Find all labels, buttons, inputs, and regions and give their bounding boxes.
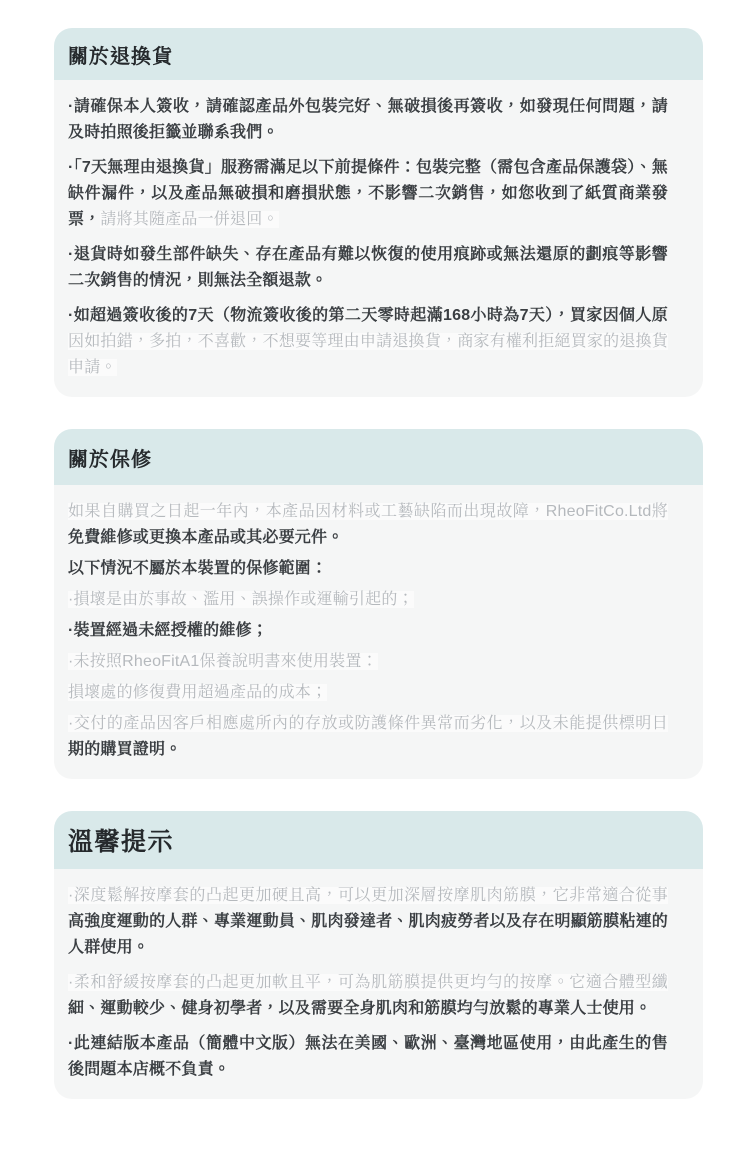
text-segment: 請將其隨產品一併退回。 bbox=[100, 211, 278, 228]
paragraph: ·深度鬆解按摩套的凸起更加硬且高，可以更加深層按摩肌肉筋膜，它非常適合從事高強度… bbox=[68, 883, 668, 961]
paragraph: ·損壞是由於事故、濫用、誤操作或運輸引起的； bbox=[68, 587, 668, 613]
warranty-section: 關於保修 如果自購買之日起一年內，本產品因材料或工藝缺陷而出現故障，RheoFi… bbox=[54, 429, 703, 779]
paragraph: ·交付的產品因客戶相應處所內的存放或防護條件異常而劣化，以及未能提供標明日期的購… bbox=[68, 711, 668, 763]
text-segment: 期的購買證明。 bbox=[68, 741, 181, 758]
returns-section: 關於退換貨 ·請確保本人簽收，請確認產品外包裝完好、無破損後再簽收，如發現任何問… bbox=[54, 28, 703, 397]
text-segment: ·損壞是由於事故、濫用、誤操作或運輸引起的； bbox=[68, 591, 414, 608]
paragraph: ·如超過簽收後的7天（物流簽收後的第二天零時起滿168小時為7天），買家因個人原… bbox=[68, 303, 668, 381]
text-segment: ·如超過簽收後的7天（物流簽收後的第二天零時起滿168小時為7天），買家因個人原 bbox=[68, 307, 668, 324]
tips-section-title: 溫馨提示 bbox=[68, 822, 174, 858]
paragraph: ·未按照RheoFitA1保養說明書來使用裝置： bbox=[68, 649, 668, 675]
text-segment: ·裝置經過未經授權的維修； bbox=[68, 622, 268, 639]
paragraph: ·裝置經過未經授權的維修； bbox=[68, 618, 668, 644]
tips-section-header: 溫馨提示 bbox=[54, 811, 703, 869]
text-segment: ·退貨時如發生部件缺失、存在產品有難以恢復的使用痕跡或無法還原的劃痕等影響二次銷… bbox=[68, 246, 668, 289]
text-segment: 損壞處的修復費用超過產品的成本； bbox=[68, 684, 327, 701]
paragraph: 損壞處的修復費用超過產品的成本； bbox=[68, 680, 668, 706]
warranty-section-title: 關於保修 bbox=[68, 443, 152, 472]
paragraph: 如果自購買之日起一年內，本產品因材料或工藝缺陷而出現故障，RheoFitCo.L… bbox=[68, 499, 668, 551]
paragraph: ·此連結版本產品（簡體中文版）無法在美國、歐洲、臺灣地區使用，由此產生的售後問題… bbox=[68, 1031, 668, 1083]
warranty-section-body: 如果自購買之日起一年內，本產品因材料或工藝缺陷而出現故障，RheoFitCo.L… bbox=[54, 485, 703, 779]
paragraph: ·柔和舒緩按摩套的凸起更加軟且平，可為肌筋膜提供更均勻的按摩。它適合體型纖細、運… bbox=[68, 970, 668, 1022]
text-segment: 如果自購買之日起一年內，本產品因材料或工藝缺陷而出現故障，RheoFitCo.L… bbox=[68, 503, 668, 520]
paragraph: ·請確保本人簽收，請確認產品外包裝完好、無破損後再簽收，如發現任何問題，請及時拍… bbox=[68, 94, 668, 146]
tips-section: 溫馨提示 ·深度鬆解按摩套的凸起更加硬且高，可以更加深層按摩肌肉筋膜，它非常適合… bbox=[54, 811, 703, 1099]
text-segment: ·此連結版本產品（簡體中文版）無法在美國、歐洲、臺灣地區使用，由此產生的售後問題… bbox=[68, 1035, 668, 1078]
paragraph: ·「7天無理由退換貨」服務需滿足以下前提條件：包裝完整（需包含產品保護袋）、無缺… bbox=[68, 155, 668, 233]
tips-section-body: ·深度鬆解按摩套的凸起更加硬且高，可以更加深層按摩肌肉筋膜，它非常適合從事高強度… bbox=[54, 869, 703, 1099]
paragraph: 以下情況不屬於本裝置的保修範圍： bbox=[68, 556, 668, 582]
text-segment: ·交付的產品因客戶相應處所內的存放或防護條件異常而劣化，以及未能提供標明日 bbox=[68, 715, 668, 732]
text-segment: ·請確保本人簽收，請確認產品外包裝完好、無破損後再簽收，如發現任何問題，請及時拍… bbox=[68, 98, 668, 141]
text-segment: 高強度運動的人群、專業運動員、肌肉發達者、肌肉疲勞者以及存在明顯筋膜粘連的人群使… bbox=[68, 913, 668, 956]
text-segment: ·深度鬆解按摩套的凸起更加硬且高，可以更加深層按摩肌肉筋膜，它非常適合從事 bbox=[68, 887, 668, 904]
text-segment: ·柔和舒緩按摩套的凸起更加軟且平，可為肌筋膜提供更均勻的按摩。它適合體型纖 bbox=[68, 974, 668, 991]
warranty-section-header: 關於保修 bbox=[54, 429, 703, 485]
text-segment: 以下情況不屬於本裝置的保修範圍： bbox=[68, 560, 327, 577]
returns-section-body: ·請確保本人簽收，請確認產品外包裝完好、無破損後再簽收，如發現任何問題，請及時拍… bbox=[54, 80, 703, 397]
returns-section-header: 關於退換貨 bbox=[54, 28, 703, 80]
text-segment: ·未按照RheoFitA1保養說明書來使用裝置： bbox=[68, 653, 378, 670]
text-segment: 細、運動較少、健身初學者，以及需要全身肌肉和筋膜均勻放鬆的專業人士使用。 bbox=[68, 1000, 651, 1017]
text-segment: 因如拍錯，多拍，不喜歡，不想要等理由申請退換貨，商家有權利拒絕買家的退換貨申請。 bbox=[68, 333, 668, 376]
product-info-page: 關於退換貨 ·請確保本人簽收，請確認產品外包裝完好、無破損後再簽收，如發現任何問… bbox=[0, 0, 750, 1099]
text-segment: 免費維修或更換本產品或其必要元件。 bbox=[68, 529, 343, 546]
returns-section-title: 關於退換貨 bbox=[68, 40, 173, 69]
paragraph: ·退貨時如發生部件缺失、存在產品有難以恢復的使用痕跡或無法還原的劃痕等影響二次銷… bbox=[68, 242, 668, 294]
